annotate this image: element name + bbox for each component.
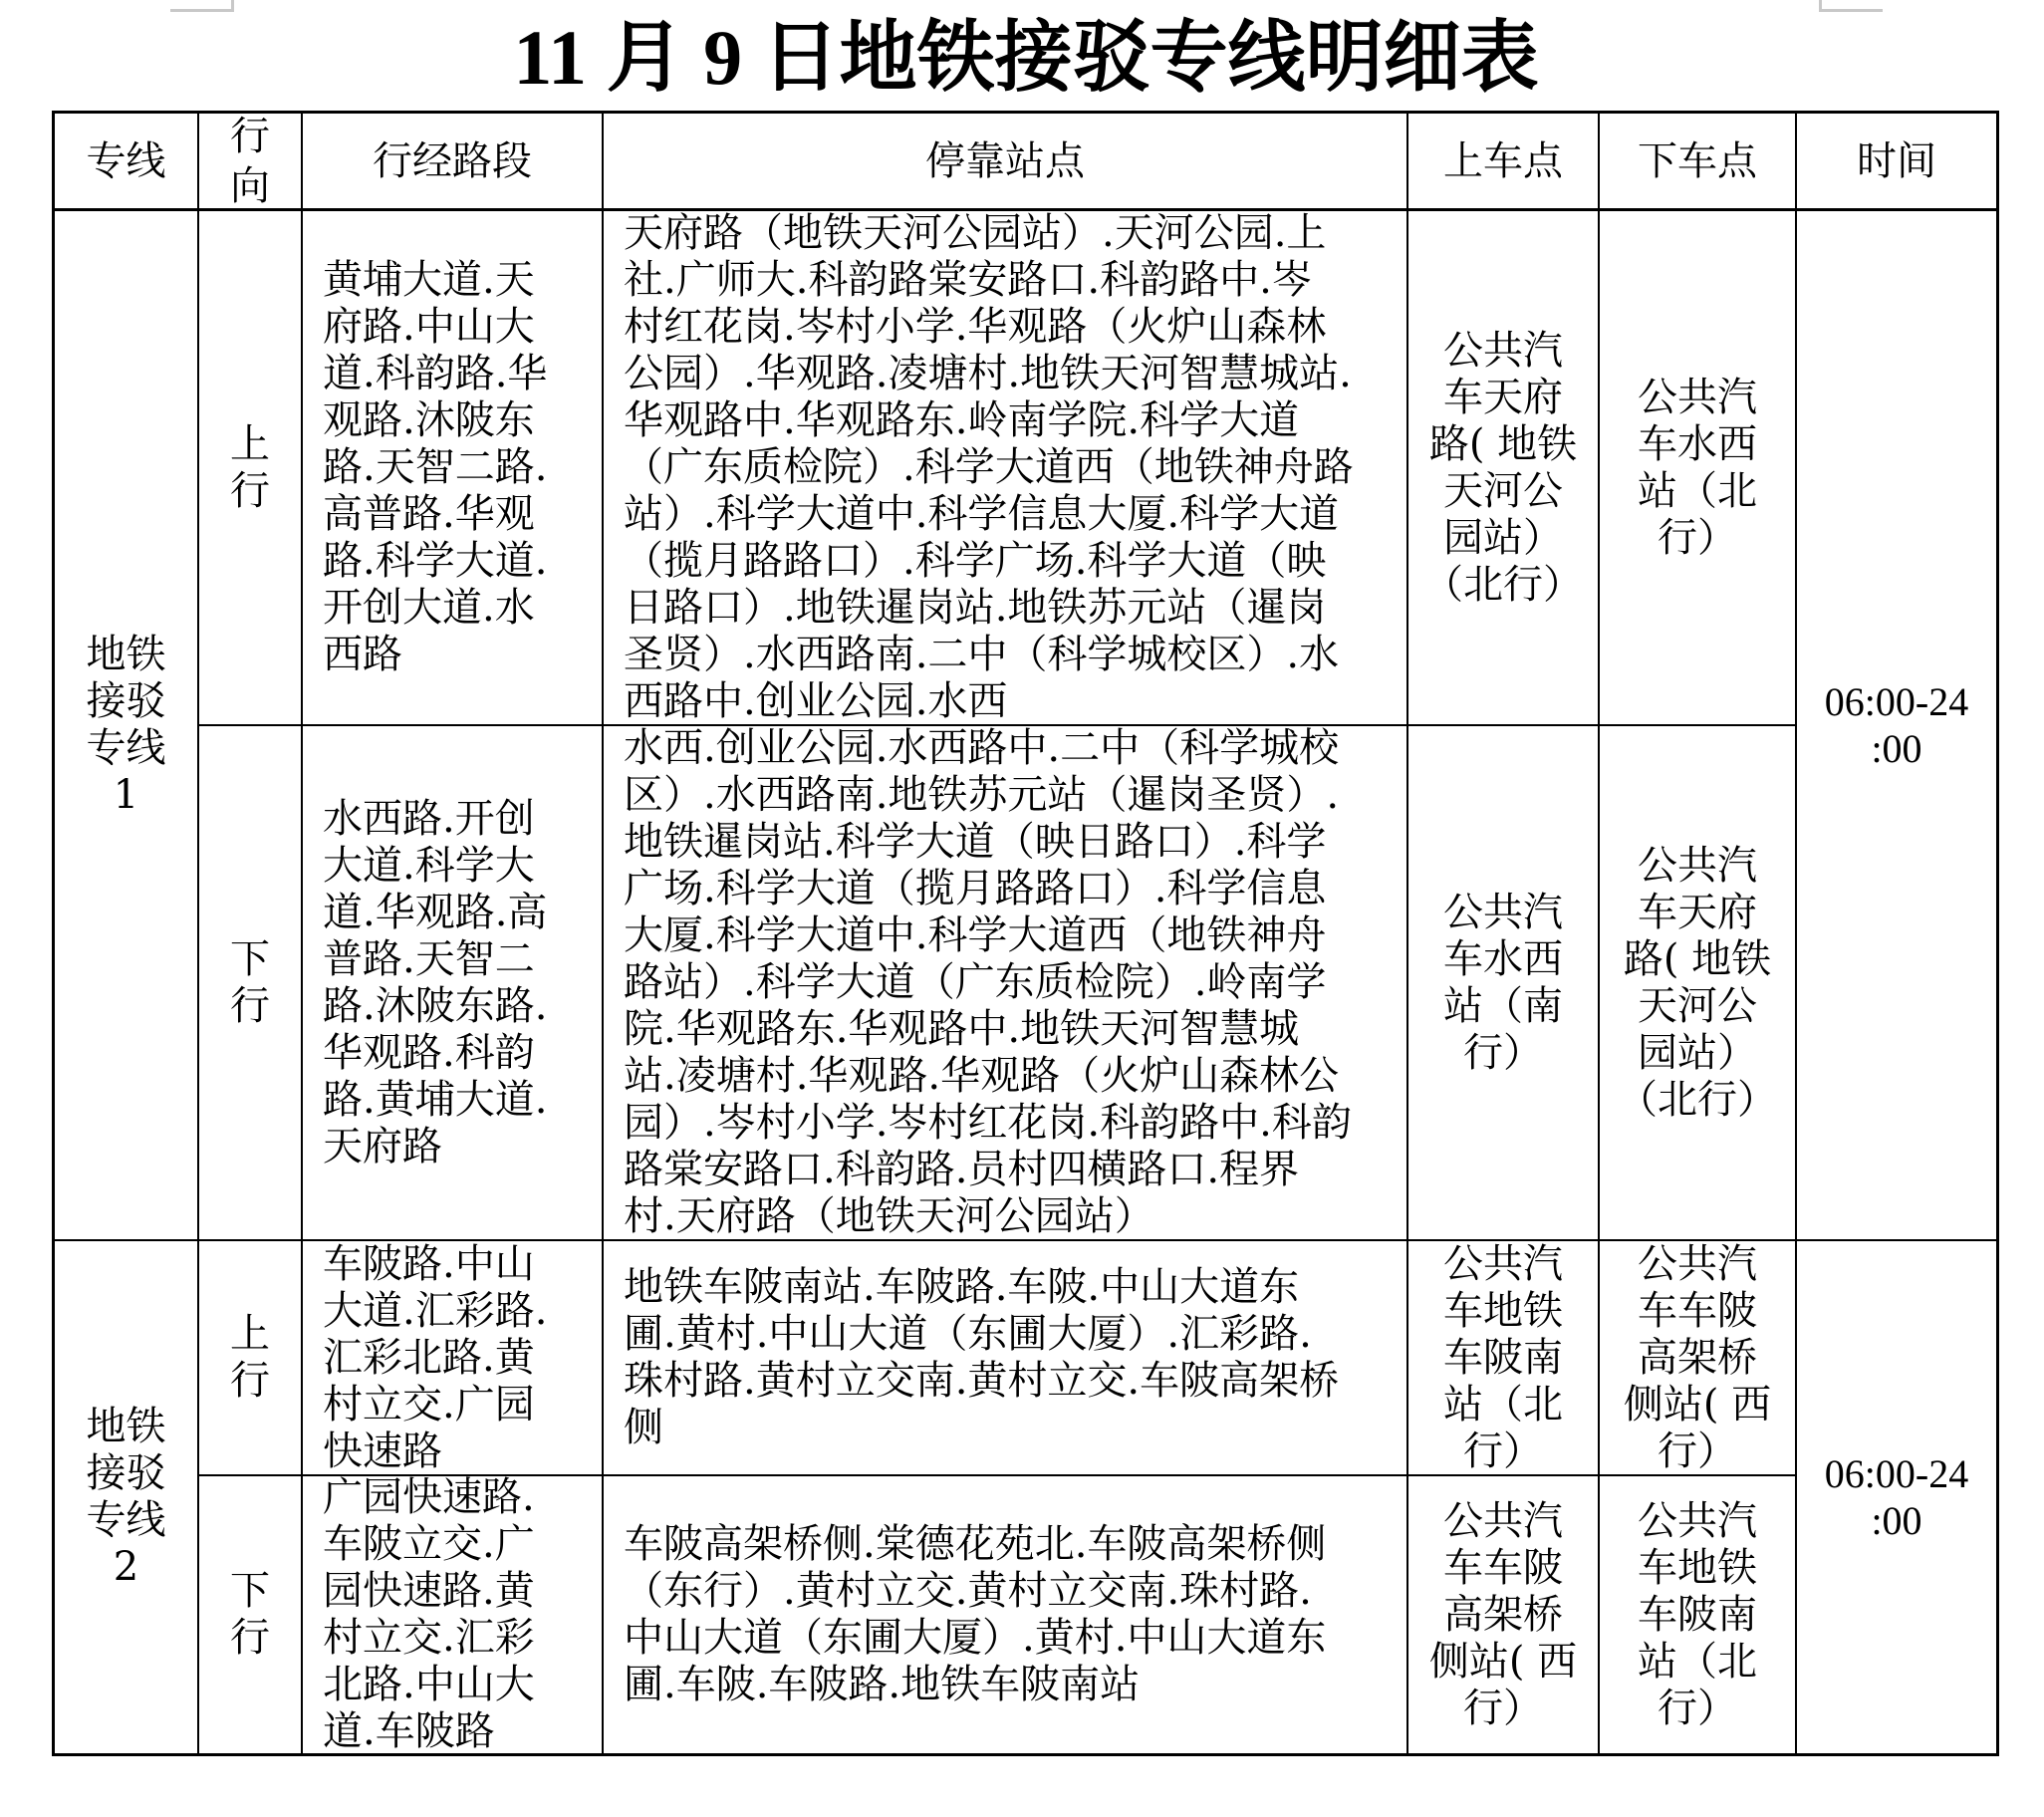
boarding-point-cell: 公共汽 车水西 站（南 行） (1408, 726, 1600, 1241)
alighting-point-cell: 公共汽 车车陂 高架桥 侧站( 西 行） (1600, 1241, 1797, 1476)
route-name-cell: 地铁 接驳 专线 2 (52, 1241, 199, 1756)
header-stops: 停靠站点 (604, 111, 1408, 211)
direction-label: 下 行 (230, 1568, 270, 1662)
header-alighting-point: 下车点 (1600, 111, 1797, 211)
route-name: 地铁 接驳 专线 2 (87, 1404, 166, 1591)
route-segments: 车陂路.中山 大道.汇彩路. 汇彩北路.黄 村立交.广园 快速路 (323, 1241, 547, 1475)
stops-list: 天府路（地铁天河公园站）.天河公园.上 社.广师大.科韵路棠安路口.科韵路中.岑… (624, 210, 1354, 725)
shuttle-line-table: 专线 行 向 行经路段 停靠站点 上车点 下车点 时间 地铁 接驳 专线 1 0… (52, 111, 1999, 1756)
stops-list: 水西.创业公园.水西路中.二中（科学城校 区）.水西路南.地铁苏元站（暹岗圣贤）… (624, 725, 1352, 1240)
direction-label: 下 行 (230, 936, 270, 1030)
stops-cell: 车陂高架桥侧.棠德花苑北.车陂高架桥侧 （东行）.黄村立交.黄村立交南.珠村路.… (604, 1476, 1408, 1756)
direction-cell: 下 行 (199, 1476, 303, 1756)
stops-list: 车陂高架桥侧.棠德花苑北.车陂高架桥侧 （东行）.黄村立交.黄村立交南.珠村路.… (624, 1521, 1326, 1708)
stops-list: 地铁车陂南站.车陂路.车陂.中山大道东 圃.黄村.中山大道（东圃大厦）.汇彩路.… (624, 1264, 1339, 1451)
direction-label: 上 行 (230, 421, 270, 515)
stops-cell: 地铁车陂南站.车陂路.车陂.中山大道东 圃.黄村.中山大道（东圃大厦）.汇彩路.… (604, 1241, 1408, 1476)
header-stops-label: 停靠站点 (925, 136, 1085, 186)
segments-cell: 黄埔大道.天 府路.中山大 道.科韵路.华 观路.沐陂东 路.天智二路. 高普路… (303, 211, 604, 726)
direction-cell: 下 行 (199, 726, 303, 1241)
direction-label: 上 行 (230, 1311, 270, 1405)
segments-cell: 车陂路.中山 大道.汇彩路. 汇彩北路.黄 村立交.广园 快速路 (303, 1241, 604, 1476)
header-line-label: 专线 (87, 136, 166, 186)
alighting-point-cell: 公共汽 车天府 路( 地铁 天河公 园站） （北行） (1600, 726, 1797, 1241)
page-title: 11 月 9 日地铁接驳专线明细表 (0, 12, 2044, 104)
alighting-point-cell: 公共汽 车地铁 车陂南 站（北 行） (1600, 1476, 1797, 1756)
header-boarding-point-label: 上车点 (1443, 136, 1563, 186)
route-name: 地铁 接驳 专线 1 (87, 632, 166, 819)
header-line: 专线 (52, 111, 199, 211)
alighting-point: 公共汽 车车陂 高架桥 侧站( 西 行） (1624, 1241, 1771, 1475)
boarding-point-cell: 公共汽 车地铁 车陂南 站（北 行） (1408, 1241, 1600, 1476)
header-time-label: 时间 (1857, 136, 1936, 186)
service-hours: 06:00-24 :00 (1825, 678, 1968, 772)
alighting-point: 公共汽 车水西 站（北 行） (1638, 375, 1757, 562)
route-name-cell: 地铁 接驳 专线 1 (52, 211, 199, 1241)
header-route-segments-label: 行经路段 (373, 136, 532, 186)
boarding-point: 公共汽 车车陂 高架桥 侧站( 西 行） (1429, 1498, 1577, 1732)
time-cell: 06:00-24 :00 (1797, 1241, 1999, 1756)
header-direction: 行 向 (199, 111, 303, 211)
alighting-point: 公共汽 车天府 路( 地铁 天河公 园站） （北行） (1618, 843, 1777, 1124)
boarding-point: 公共汽 车水西 站（南 行） (1443, 890, 1563, 1077)
header-time: 时间 (1797, 111, 1999, 211)
boarding-point-cell: 公共汽 车车陂 高架桥 侧站( 西 行） (1408, 1476, 1600, 1756)
route-segments: 广园快速路. 车陂立交.广 园快速路.黄 村立交.汇彩 北路.中山大 道.车陂路 (323, 1474, 535, 1755)
service-hours: 06:00-24 :00 (1825, 1450, 1968, 1544)
alighting-point: 公共汽 车地铁 车陂南 站（北 行） (1638, 1498, 1757, 1732)
route-segments: 水西路.开创 大道.科学大 道.华观路.高 普路.天智二 路.沐陂东路. 华观路… (323, 796, 547, 1170)
segments-cell: 广园快速路. 车陂立交.广 园快速路.黄 村立交.汇彩 北路.中山大 道.车陂路 (303, 1476, 604, 1756)
header-alighting-point-label: 下车点 (1638, 136, 1757, 186)
time-cell: 06:00-24 :00 (1797, 211, 1999, 1241)
header-direction-label: 行 向 (230, 112, 270, 211)
segments-cell: 水西路.开创 大道.科学大 道.华观路.高 普路.天智二 路.沐陂东路. 华观路… (303, 726, 604, 1241)
alighting-point-cell: 公共汽 车水西 站（北 行） (1600, 211, 1797, 726)
crop-mark-left-vertical (231, 0, 234, 12)
boarding-point: 公共汽 车地铁 车陂南 站（北 行） (1443, 1241, 1563, 1475)
stops-cell: 水西.创业公园.水西路中.二中（科学城校 区）.水西路南.地铁苏元站（暹岗圣贤）… (604, 726, 1408, 1241)
boarding-point: 公共汽 车天府 路( 地铁 天河公 园站） （北行） (1423, 328, 1583, 609)
boarding-point-cell: 公共汽 车天府 路( 地铁 天河公 园站） （北行） (1408, 211, 1600, 726)
direction-cell: 上 行 (199, 211, 303, 726)
route-segments: 黄埔大道.天 府路.中山大 道.科韵路.华 观路.沐陂东 路.天智二路. 高普路… (323, 257, 547, 678)
header-route-segments: 行经路段 (303, 111, 604, 211)
direction-cell: 上 行 (199, 1241, 303, 1476)
header-boarding-point: 上车点 (1408, 111, 1600, 211)
stops-cell: 天府路（地铁天河公园站）.天河公园.上 社.广师大.科韵路棠安路口.科韵路中.岑… (604, 211, 1408, 726)
